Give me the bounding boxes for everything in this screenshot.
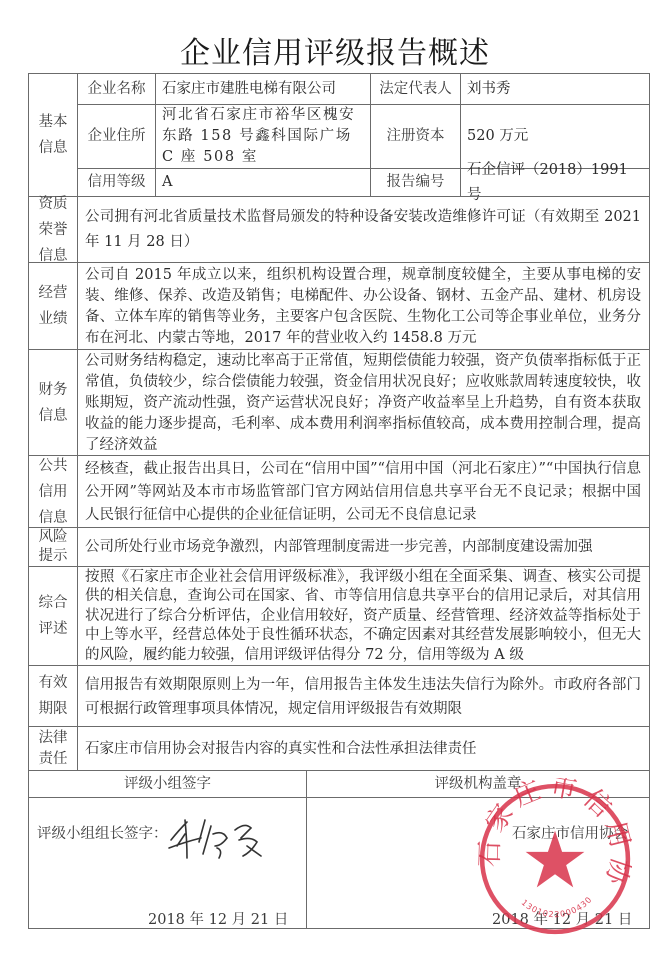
legal-rep-label: 法定代表人 bbox=[370, 73, 461, 105]
risk-label: 风险提示 bbox=[28, 527, 78, 567]
grade-value: A bbox=[155, 168, 371, 197]
official-seal-icon: 石家庄市信用协会 1301022000430 bbox=[476, 778, 632, 940]
group-sign-date: 2018 年 12 月 21 日 bbox=[148, 908, 288, 929]
svg-text:1301022000430: 1301022000430 bbox=[520, 894, 594, 919]
summary-text: 按照《石家庄市企业社会信用评级标准》，我评级小组在全面采集、调查、核实公司提供的… bbox=[77, 566, 650, 666]
business-label: 经营业绩 bbox=[28, 262, 78, 350]
business-text: 公司自 2015 年成立以来，组织机构设置合理，规章制度较健全，主要从事电梯的安… bbox=[77, 262, 650, 350]
signature-scribble-icon bbox=[165, 812, 275, 864]
report-no-value: 石企信评（2018）1991 号 bbox=[460, 168, 650, 197]
legal-text: 石家庄市信用协会对报告内容的真实性和合法性承担法律责任 bbox=[77, 726, 650, 771]
public-credit-label: 公共信用信息 bbox=[28, 455, 78, 528]
company-name-value: 石家庄市建胜电梯有限公司 bbox=[155, 73, 371, 105]
capital-label: 注册资本 bbox=[370, 104, 461, 169]
summary-label: 综合评述 bbox=[28, 566, 78, 666]
page-title: 企业信用评级报告概述 bbox=[0, 28, 670, 72]
basic-info-label: 基本信息 bbox=[28, 73, 78, 197]
finance-text: 公司财务结构稳定，速动比率高于正常值，短期偿债能力较强，资产负债率指标低于正常值… bbox=[77, 349, 650, 456]
company-name-label: 企业名称 bbox=[77, 73, 156, 105]
legal-label: 法律责任 bbox=[28, 726, 78, 771]
address-value: 河北省石家庄市裕华区槐安东路 158 号鑫科国际广场 C 座 508 室 bbox=[155, 104, 371, 169]
group-sign-header: 评级小组签字 bbox=[28, 770, 307, 798]
qualification-text: 公司拥有河北省质量技术监督局颁发的特种设备安装改造维修许可证（有效期至 2021… bbox=[77, 196, 650, 263]
report-no-label: 报告编号 bbox=[370, 168, 461, 197]
validity-label: 有效期限 bbox=[28, 665, 78, 727]
address-label: 企业住所 bbox=[77, 104, 156, 169]
legal-rep-value: 刘书秀 bbox=[460, 73, 650, 105]
leader-sign-label: 评级小组组长签字： bbox=[37, 822, 168, 843]
qualification-label: 资质荣誉信息 bbox=[28, 196, 78, 263]
public-credit-text: 经核查，截止报告出具日，公司在“信用中国”“信用中国（河北石家庄）”“中国执行信… bbox=[77, 455, 650, 528]
finance-label: 财务信息 bbox=[28, 349, 78, 456]
grade-label: 信用等级 bbox=[77, 168, 156, 197]
risk-text: 公司所处行业市场竞争激烈，内部管理制度需进一步完善，内部制度建设需加强 bbox=[77, 527, 650, 567]
validity-text: 信用报告有效期限原则上为一年，信用报告主体发生违法失信行为除外。市政府各部门可根… bbox=[77, 665, 650, 727]
